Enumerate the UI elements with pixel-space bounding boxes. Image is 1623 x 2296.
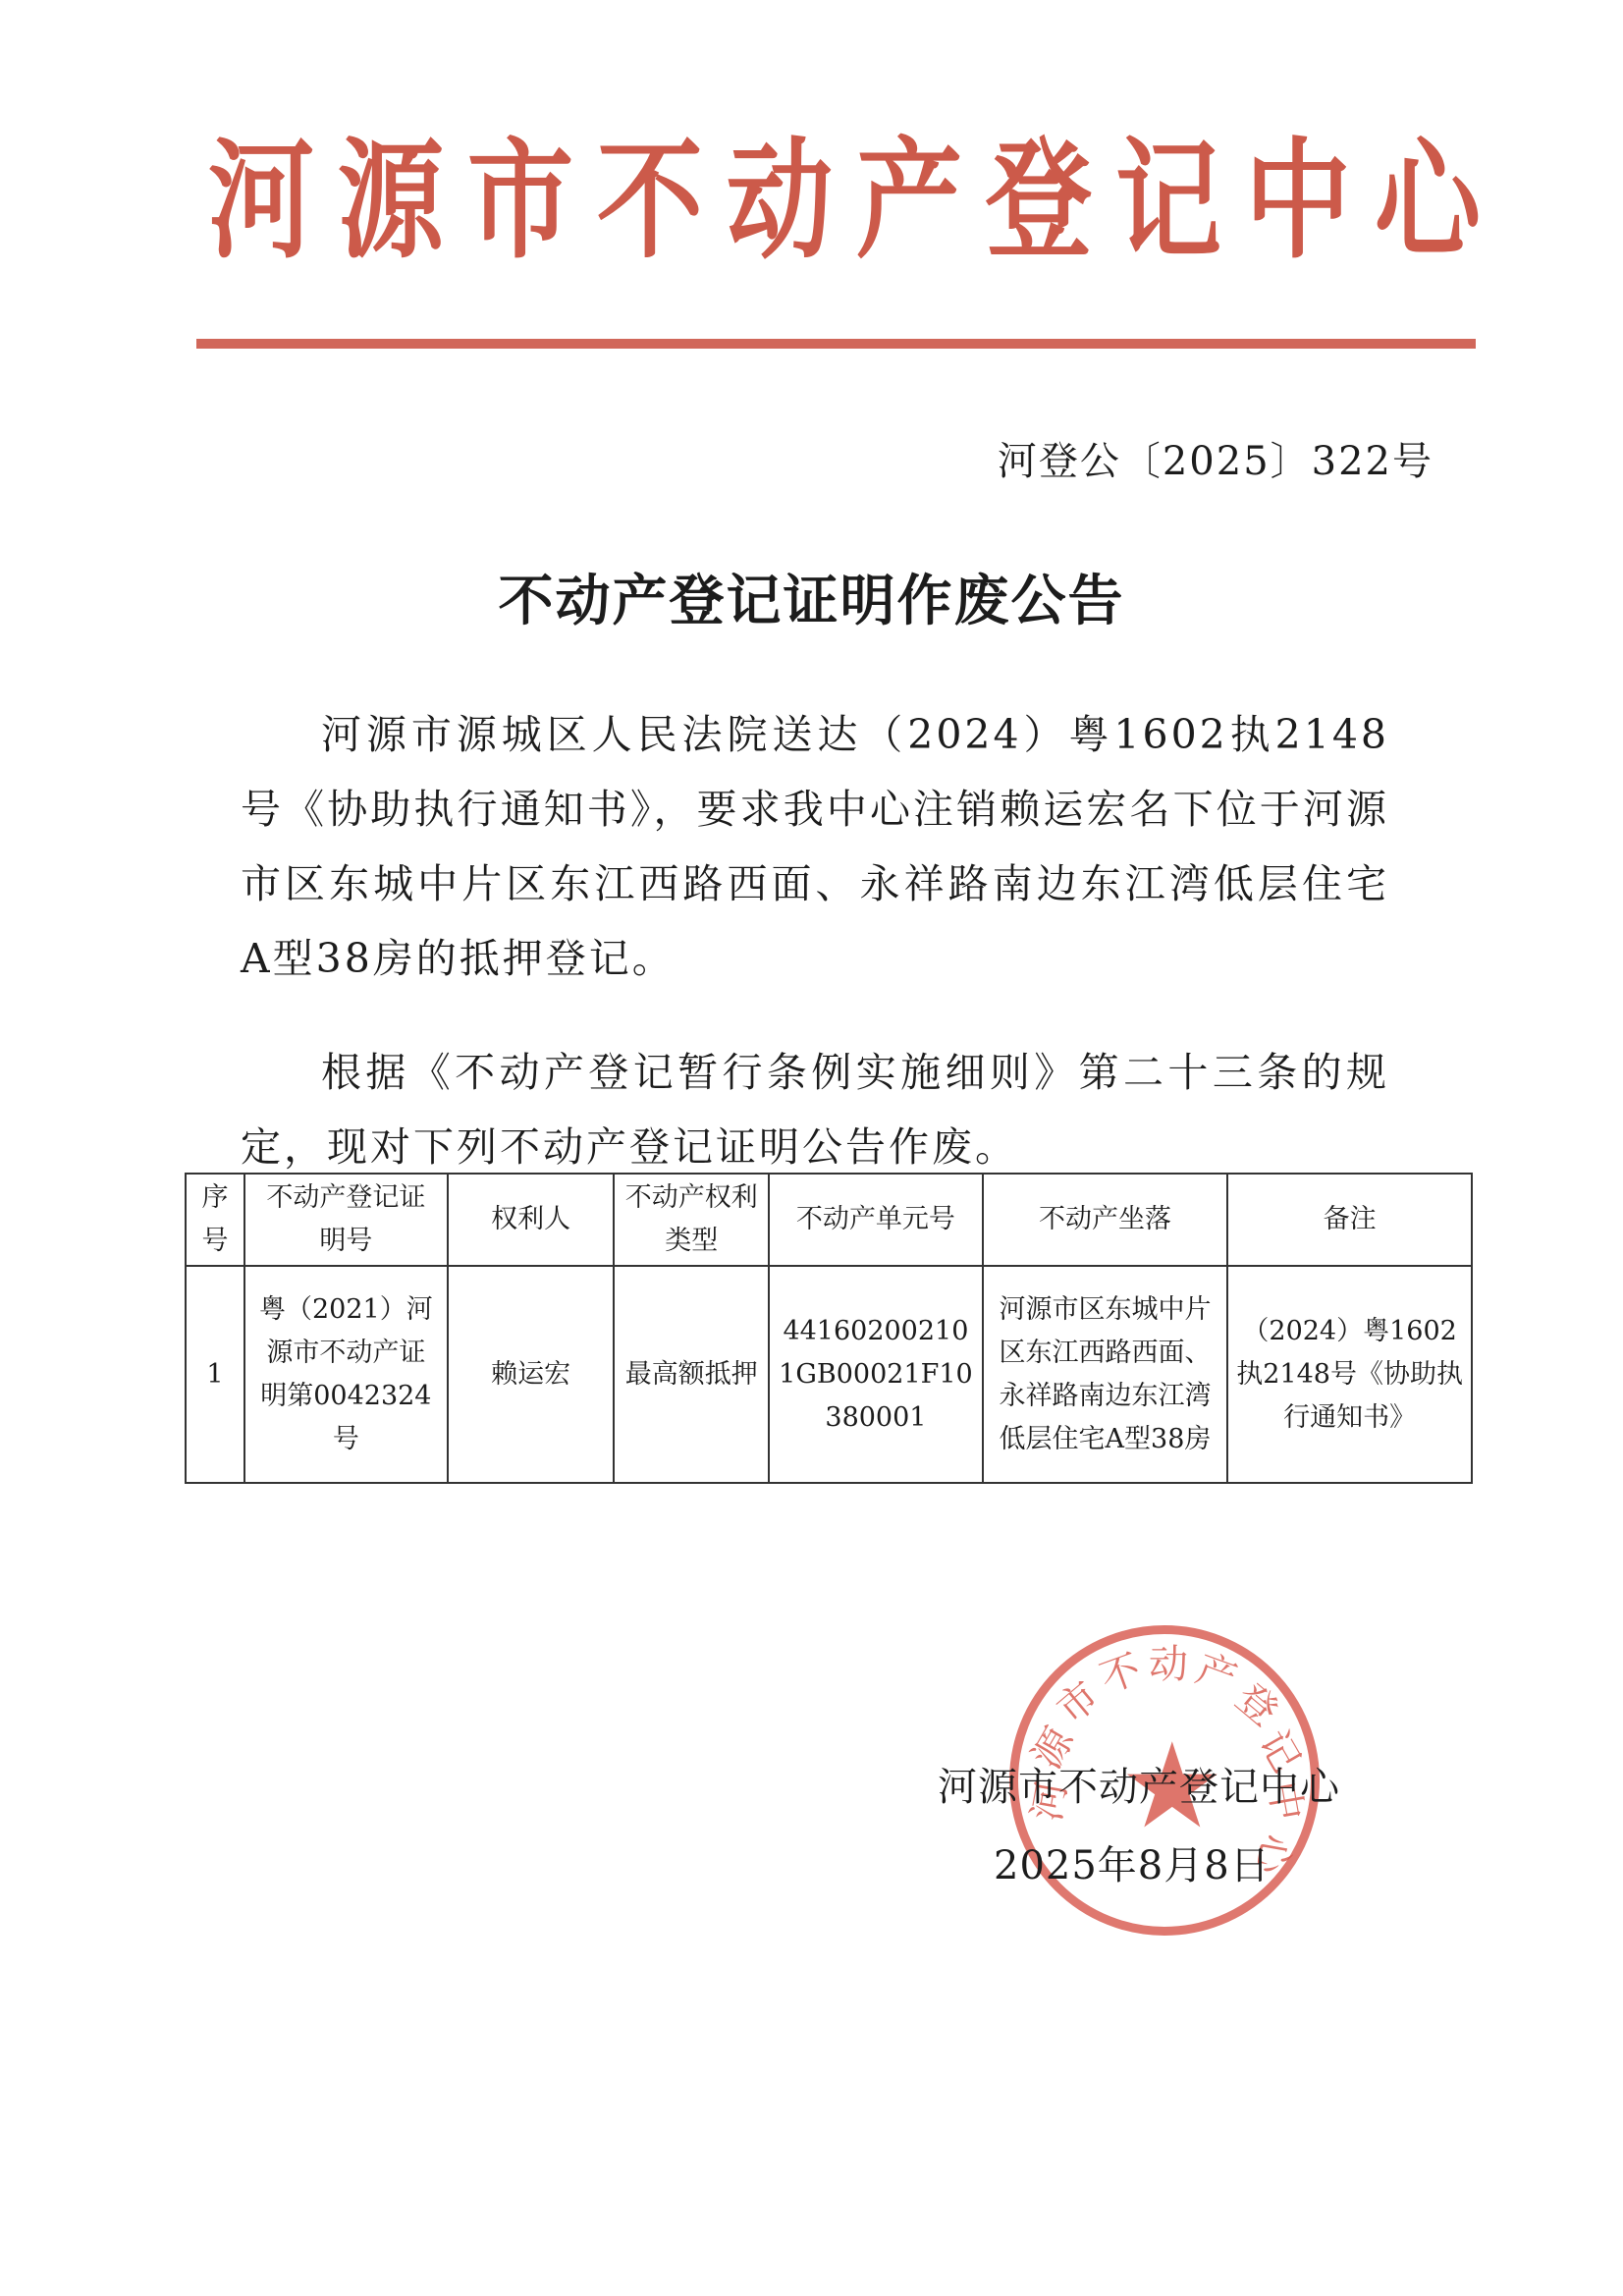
letterhead-char: 不 <box>597 128 703 275</box>
document-title: 不动产登记证明作废公告 <box>0 558 1623 636</box>
document-number: 河登公〔2025〕322号 <box>943 430 1434 486</box>
seal-char: 不 <box>1091 1638 1147 1704</box>
cell-index: 1 <box>186 1266 244 1483</box>
letterhead-char: 登 <box>986 128 1092 275</box>
header-remark: 备注 <box>1227 1174 1472 1266</box>
letterhead-divider <box>196 339 1476 349</box>
letterhead-char: 心 <box>1375 128 1481 275</box>
cell-certificate-no: 粤（2021）河源市不动产证明第0042324号 <box>244 1266 448 1483</box>
letterhead-title: 河 源 市 不 动 产 登 记 中 心 <box>196 128 1473 275</box>
letterhead-char: 产 <box>856 128 962 275</box>
void-certificate-table: 序号 不动产登记证明号 权利人 不动产权利类型 不动产单元号 不动产坐落 备注 … <box>185 1173 1473 1484</box>
table-header-row: 序号 不动产登记证明号 权利人 不动产权利类型 不动产单元号 不动产坐落 备注 <box>186 1174 1472 1266</box>
cell-remark: （2024）粤1602执2148号《协助执行通知书》 <box>1227 1266 1472 1483</box>
header-unit-no: 不动产单元号 <box>769 1174 983 1266</box>
seal-char: 市 <box>1043 1667 1109 1734</box>
cell-right-type: 最高额抵押 <box>614 1266 769 1483</box>
header-index: 序号 <box>186 1174 244 1266</box>
table-row: 1 粤（2021）河源市不动产证明第0042324号 赖运宏 最高额抵押 441… <box>186 1266 1472 1483</box>
cell-location: 河源市区东城中片区东江西路西面、永祥路南边东江湾低层住宅A型38房 <box>983 1266 1228 1483</box>
letterhead-char: 记 <box>1115 128 1221 275</box>
signing-date: 2025年8月8日 <box>994 1834 1271 1890</box>
header-right-type: 不动产权利类型 <box>614 1174 769 1266</box>
letterhead-char: 市 <box>467 128 573 275</box>
header-holder: 权利人 <box>448 1174 615 1266</box>
cell-unit-no: 441602002101GB00021F10380001 <box>769 1266 983 1483</box>
body-paragraph-2: 根据《不动产登记暂行条例实施细则》第二十三条的规定，现对下列不动产登记证明公告作… <box>241 1035 1389 1184</box>
seal-char: 产 <box>1189 1638 1245 1704</box>
body-paragraph-1: 河源市源城区人民法院送达（2024）粤1602执2148号《协助执行通知书》，要… <box>241 697 1389 996</box>
seal-char: 动 <box>1149 1633 1188 1689</box>
header-location: 不动产坐落 <box>983 1174 1228 1266</box>
signing-organization: 河源市不动产登记中心 <box>938 1756 1340 1812</box>
cell-holder: 赖运宏 <box>448 1266 615 1483</box>
letterhead-char: 河 <box>208 128 314 275</box>
header-certificate-no: 不动产登记证明号 <box>244 1174 448 1266</box>
letterhead-char: 中 <box>1245 128 1351 275</box>
letterhead-char: 动 <box>727 128 833 275</box>
letterhead-char: 源 <box>338 128 444 275</box>
